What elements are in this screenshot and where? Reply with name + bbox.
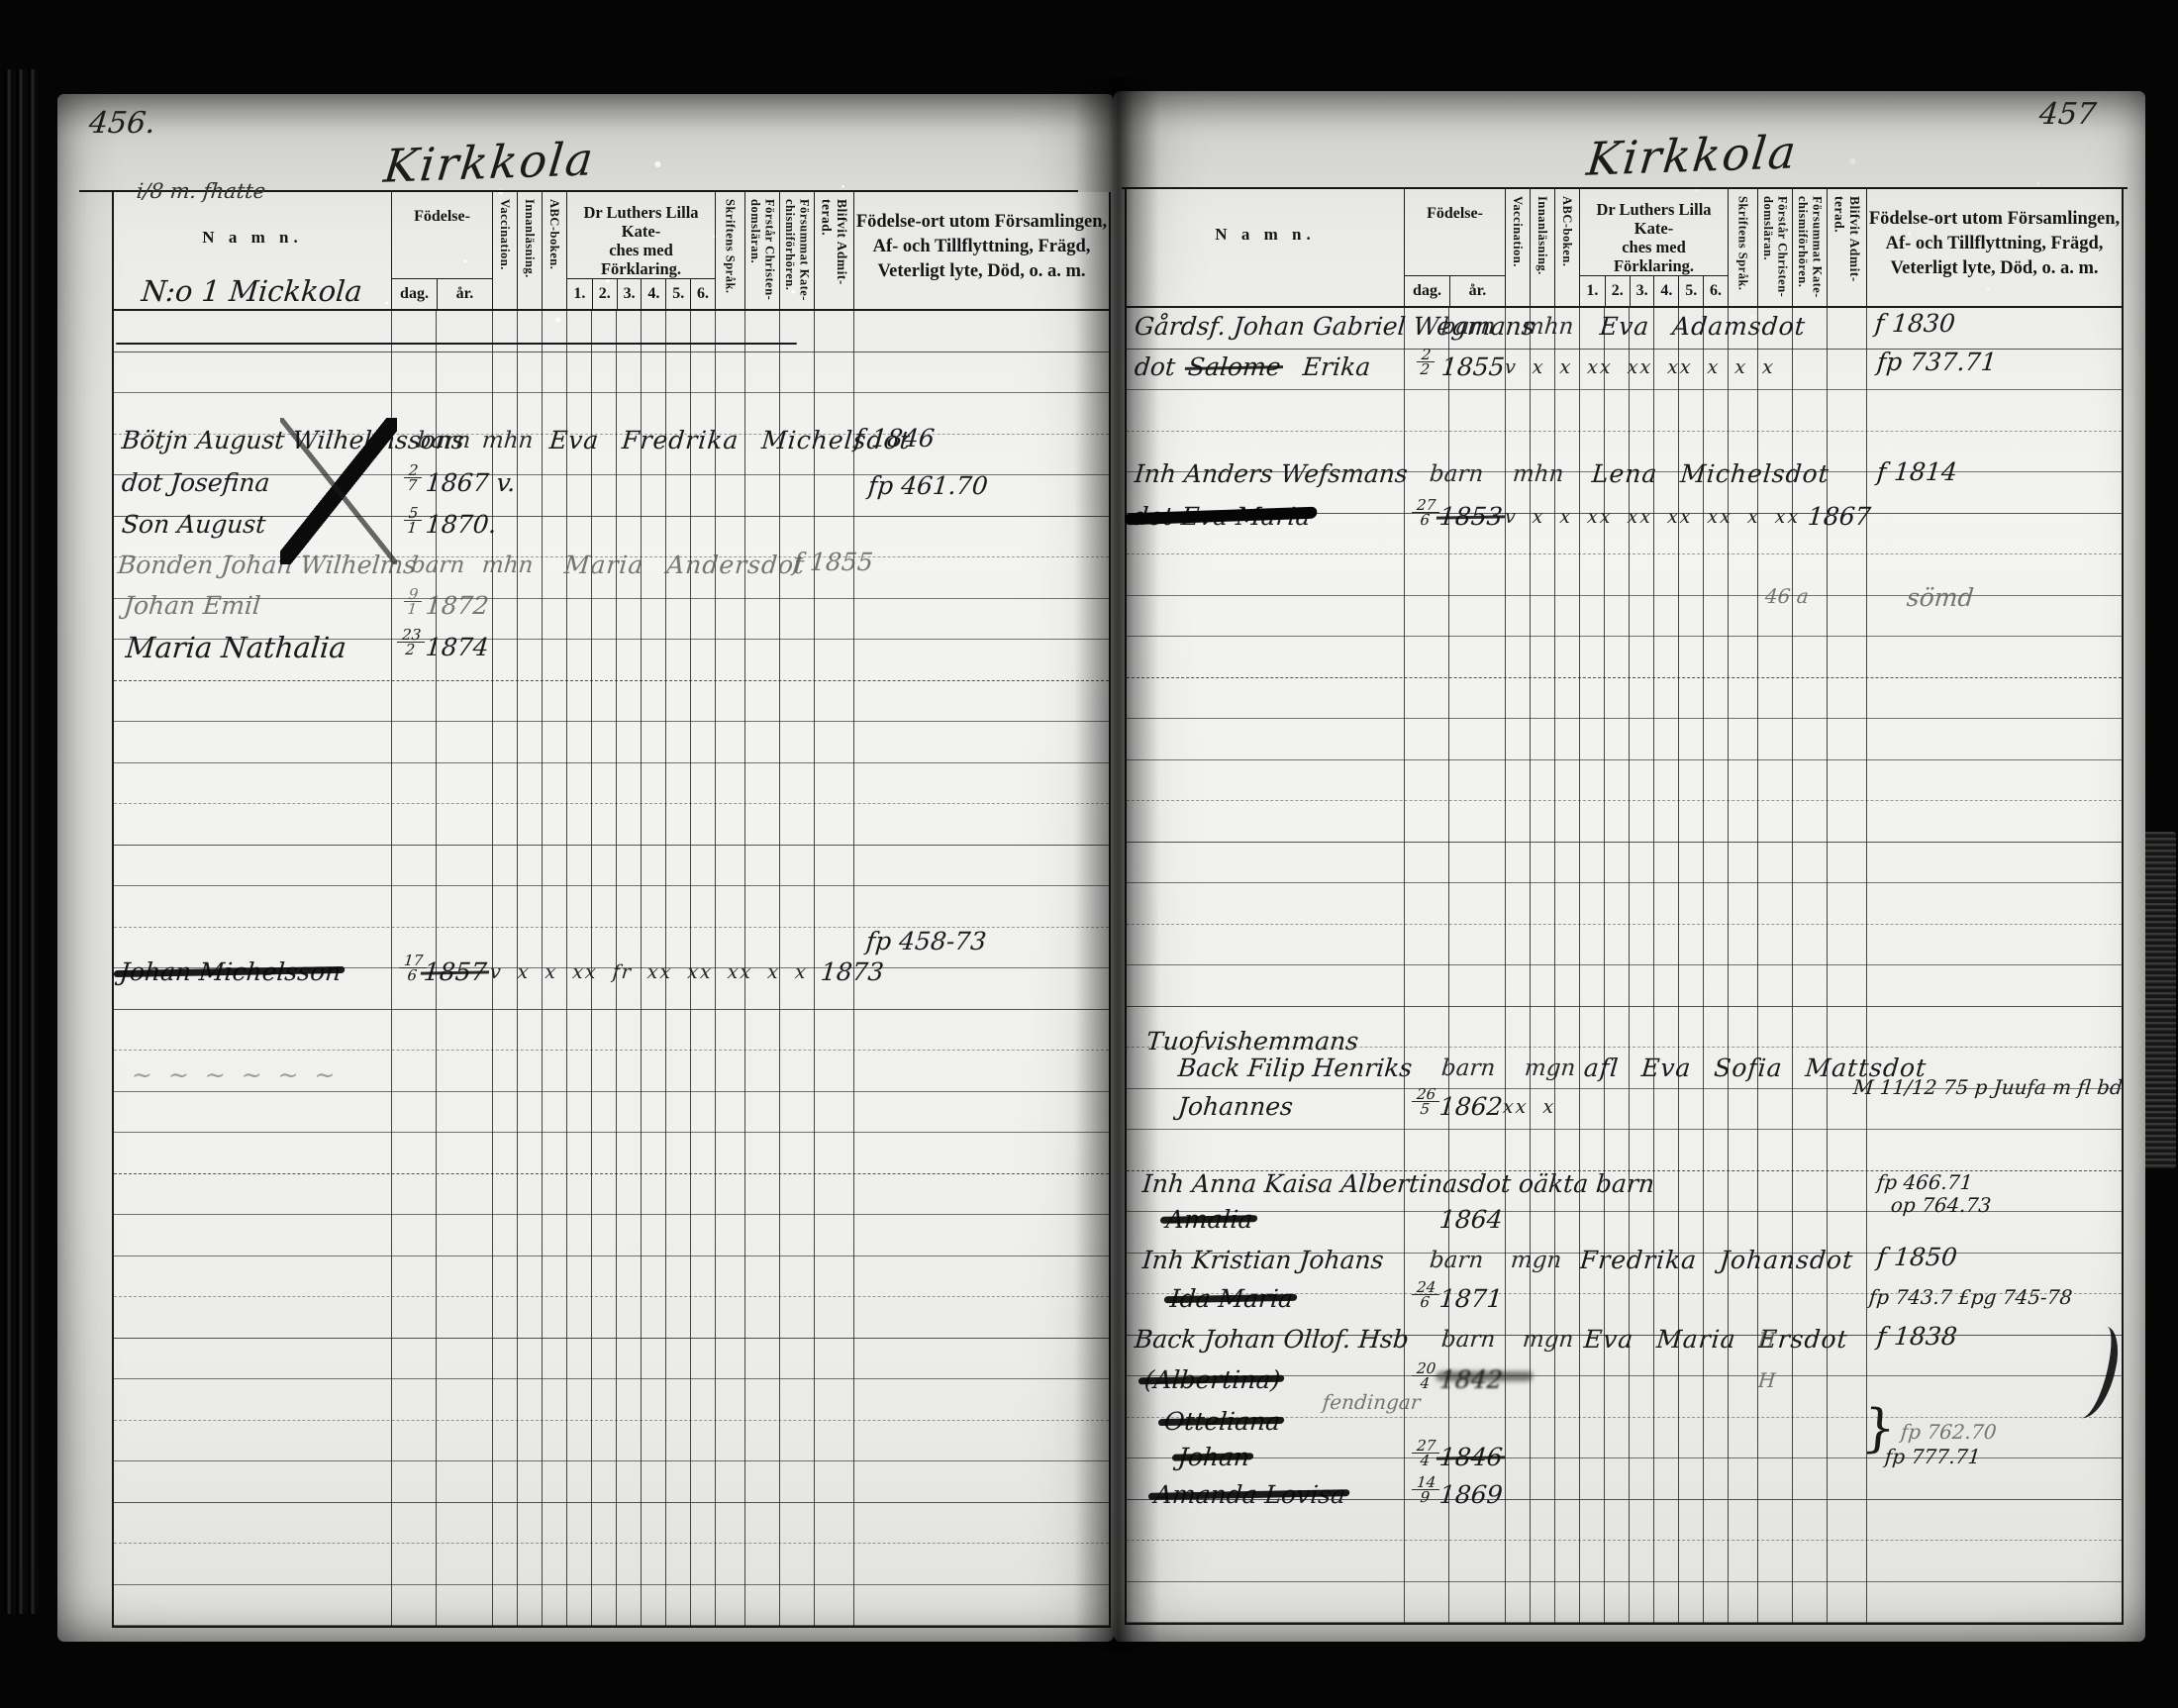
col-innanlasning: Innanläsning. <box>517 192 542 309</box>
forstar-line2: domsläran. <box>1761 196 1775 297</box>
col-ort-label: Födelse-ort utom Församlingen, Af- och T… <box>854 210 1109 284</box>
column-rule <box>1604 308 1605 1623</box>
ort-line3: Veterligt lyte, Död, o. a. m. <box>1867 256 2122 281</box>
forstar-line1: Förstår Christen- <box>762 199 776 300</box>
col-dag-label: dag. <box>392 279 437 309</box>
col-skriftens-sprak: Skriftens Språk. <box>715 192 744 309</box>
col-namn: N a m n. <box>114 192 391 309</box>
ort-line3: Veterligt lyte, Död, o. a. m. <box>854 259 1109 284</box>
column-rule <box>1404 308 1405 1623</box>
kateches-col-4: 4. <box>641 279 665 309</box>
col-abc-boken: ABC-boken. <box>1554 189 1579 306</box>
kateches-col-5: 5. <box>665 279 690 309</box>
ort-line2: Af- och Tillflyttning, Frägd, <box>1867 232 2122 256</box>
column-rule <box>391 311 392 1626</box>
kateches-col-2: 2. <box>592 279 617 309</box>
column-rule <box>1448 308 1449 1623</box>
col-ar-label: år. <box>1449 276 1505 306</box>
column-rule <box>542 311 543 1626</box>
column-rule <box>1579 308 1580 1623</box>
blifvit-line2: terad. <box>819 199 835 285</box>
kateches-col-3: 3. <box>617 279 642 309</box>
col-vaccination: Vaccination. <box>1505 189 1530 306</box>
col-forstar-christendomslaran: Förstår Christen- domsläran. <box>744 192 779 309</box>
col-skriftens-label: Skriftens Språk. <box>1735 196 1749 291</box>
col-abc-boken-label: ABC-boken. <box>1560 196 1574 266</box>
kateches-subheader: 1. 2. 3. 4. 5. 6. <box>567 278 715 309</box>
col-kateches: Dr Luthers Lilla Kate- ches med Förklari… <box>566 192 715 309</box>
book-page: 457 Kirkkola N a m n. Födelse- dag. år. … <box>1114 91 2145 1642</box>
column-rule <box>591 311 592 1626</box>
book-page: 456. i/8 m. fhatte Kirkkola N a m n. Föd… <box>57 94 1114 1642</box>
column-rules <box>1127 308 2122 1623</box>
column-rule <box>1703 308 1704 1623</box>
col-abc-boken-label: ABC-boken. <box>547 199 561 269</box>
column-rule <box>665 311 666 1626</box>
col-blifvit-label: Blifvit Admit- terad. <box>819 199 849 285</box>
column-rule <box>779 311 780 1626</box>
table-body: N:o 1 MickkolaBötjn August Wilhelmssonsb… <box>114 311 1109 1626</box>
col-kateches: Dr Luthers Lilla Kate- ches med Förklari… <box>1579 189 1728 306</box>
col-forsummat-katechismiforhoren: Försummat Kate- chismiförhören. <box>779 192 814 309</box>
column-rule <box>814 311 815 1626</box>
column-rule <box>517 311 518 1626</box>
col-fodelse-label: Födelse- <box>392 208 492 226</box>
col-namn: N a m n. <box>1127 189 1404 306</box>
scanned-register-spread: 456. i/8 m. fhatte Kirkkola N a m n. Föd… <box>0 0 2178 1708</box>
col-skriftens-sprak: Skriftens Språk. <box>1728 189 1757 306</box>
kateches-col-6: 6. <box>690 279 715 309</box>
column-rule <box>1728 308 1729 1623</box>
column-rule <box>1530 308 1531 1623</box>
forsummat-line1: Försummat Kate- <box>797 199 811 301</box>
col-dag-label: dag. <box>1405 276 1449 306</box>
kateches-col-5: 5. <box>1678 276 1703 306</box>
ort-line2: Af- och Tillflyttning, Frägd, <box>854 235 1109 259</box>
col-fodelseort-anmarkningar: Födelse-ort utom Församlingen, Af- och T… <box>853 192 1109 309</box>
ort-line1: Födelse-ort utom Församlingen, <box>854 210 1109 235</box>
kateches-col-1: 1. <box>567 279 592 309</box>
col-forstar-label: Förstår Christen- domsläran. <box>748 199 777 300</box>
column-rule <box>1653 308 1654 1623</box>
column-rule <box>1554 308 1555 1623</box>
fodelse-subheader: dag. år. <box>1405 275 1505 306</box>
col-innanlasning-label: Innanläsning. <box>523 199 537 278</box>
col-ar-label: år. <box>437 279 492 309</box>
column-rule <box>690 311 691 1626</box>
column-rule <box>436 311 437 1626</box>
col-vaccination-label: Vaccination. <box>498 199 512 270</box>
kateches-col-4: 4. <box>1653 276 1678 306</box>
column-rule <box>1505 308 1506 1623</box>
forsummat-line2: chismiförhören. <box>783 199 797 301</box>
col-forsummat-katechismiforhoren: Försummat Kate- chismiförhören. <box>1792 189 1827 306</box>
forstar-line1: Förstår Christen- <box>1775 196 1789 297</box>
col-forsummat-label: Försummat Kate- chismiförhören. <box>1796 196 1825 298</box>
col-kateches-label: Dr Luthers Lilla Kate- ches med Förklari… <box>1580 200 1728 275</box>
ledger-table: N a m n. Födelse- dag. år. Vaccination. … <box>112 192 1111 1628</box>
forsummat-line2: chismiförhören. <box>1796 196 1810 298</box>
column-rule <box>641 311 642 1626</box>
margin-note: i/8 m. fhatte <box>136 179 267 203</box>
blifvit-line1: Blifvit Admit- <box>835 199 850 285</box>
fodelse-subheader: dag. år. <box>392 278 492 309</box>
col-vaccination: Vaccination. <box>492 192 517 309</box>
column-rule <box>566 311 567 1626</box>
column-rule <box>616 311 617 1626</box>
kateches-col-2: 2. <box>1605 276 1630 306</box>
col-blifvit-admitterad: Blifvit Admit- terad. <box>1827 189 1866 306</box>
page-title: Kirkkola <box>381 132 597 193</box>
page-number: 457 <box>2037 97 2098 132</box>
col-forsummat-label: Försummat Kate- chismiförhören. <box>783 199 812 301</box>
column-rule <box>744 311 745 1626</box>
col-innanlasning: Innanläsning. <box>1530 189 1554 306</box>
column-rule <box>1827 308 1828 1623</box>
column-rule <box>1866 308 1867 1623</box>
table-header: N a m n. Födelse- dag. år. Vaccination. … <box>1127 189 2122 308</box>
kateches-col-1: 1. <box>1580 276 1605 306</box>
col-vaccination-label: Vaccination. <box>1511 196 1525 267</box>
column-rule <box>1792 308 1793 1623</box>
col-namn-label: N a m n. <box>114 228 391 248</box>
column-rule <box>1678 308 1679 1623</box>
col-abc-boken: ABC-boken. <box>542 192 566 309</box>
table-header: N a m n. Födelse- dag. år. Vaccination. … <box>114 192 1109 311</box>
col-forstar-label: Förstår Christen- domsläran. <box>1761 196 1790 297</box>
page-number: 456. <box>87 106 156 141</box>
col-fodelseort-anmarkningar: Födelse-ort utom Församlingen, Af- och T… <box>1866 189 2122 306</box>
column-rule <box>1629 308 1630 1623</box>
col-ort-label: Födelse-ort utom Församlingen, Af- och T… <box>1867 207 2122 281</box>
kateches-line1: Dr Luthers Lilla Kate- <box>1580 200 1728 238</box>
kateches-line2: ches med Förklaring. <box>1580 238 1728 275</box>
col-fodelse-label: Födelse- <box>1405 205 1505 223</box>
blifvit-line1: Blifvit Admit- <box>1847 196 1863 282</box>
col-blifvit-admitterad: Blifvit Admit- terad. <box>814 192 853 309</box>
forstar-line2: domsläran. <box>748 199 762 300</box>
col-fodelse: Födelse- dag. år. <box>1404 189 1505 306</box>
blifvit-line2: terad. <box>1831 196 1847 282</box>
column-rule <box>492 311 493 1626</box>
kateches-line2: ches med Förklaring. <box>567 241 715 278</box>
col-namn-label: N a m n. <box>1127 225 1404 245</box>
column-rules <box>114 311 1109 1626</box>
page-title: Kirkkola <box>1584 125 1800 186</box>
col-forstar-christendomslaran: Förstår Christen- domsläran. <box>1757 189 1792 306</box>
column-rule <box>1757 308 1758 1623</box>
column-rule <box>715 311 716 1626</box>
forsummat-line1: Försummat Kate- <box>1810 196 1824 298</box>
kateches-line1: Dr Luthers Lilla Kate- <box>567 203 715 241</box>
ledger-table: N a m n. Födelse- dag. år. Vaccination. … <box>1125 189 2124 1625</box>
col-skriftens-label: Skriftens Språk. <box>723 199 737 294</box>
kateches-col-3: 3. <box>1630 276 1654 306</box>
col-innanlasning-label: Innanläsning. <box>1535 196 1549 275</box>
col-blifvit-label: Blifvit Admit- terad. <box>1831 196 1862 282</box>
column-rule <box>853 311 854 1626</box>
table-body: Gårdsf. Johan Gabriel WegmansbarnmhnEva … <box>1127 308 2122 1623</box>
col-kateches-label: Dr Luthers Lilla Kate- ches med Förklari… <box>567 203 715 278</box>
ort-line1: Födelse-ort utom Församlingen, <box>1867 207 2122 232</box>
kateches-col-6: 6. <box>1703 276 1728 306</box>
book-spine-edge <box>4 69 38 1614</box>
kateches-subheader: 1. 2. 3. 4. 5. 6. <box>1580 275 1728 306</box>
col-fodelse: Födelse- dag. år. <box>391 192 492 309</box>
